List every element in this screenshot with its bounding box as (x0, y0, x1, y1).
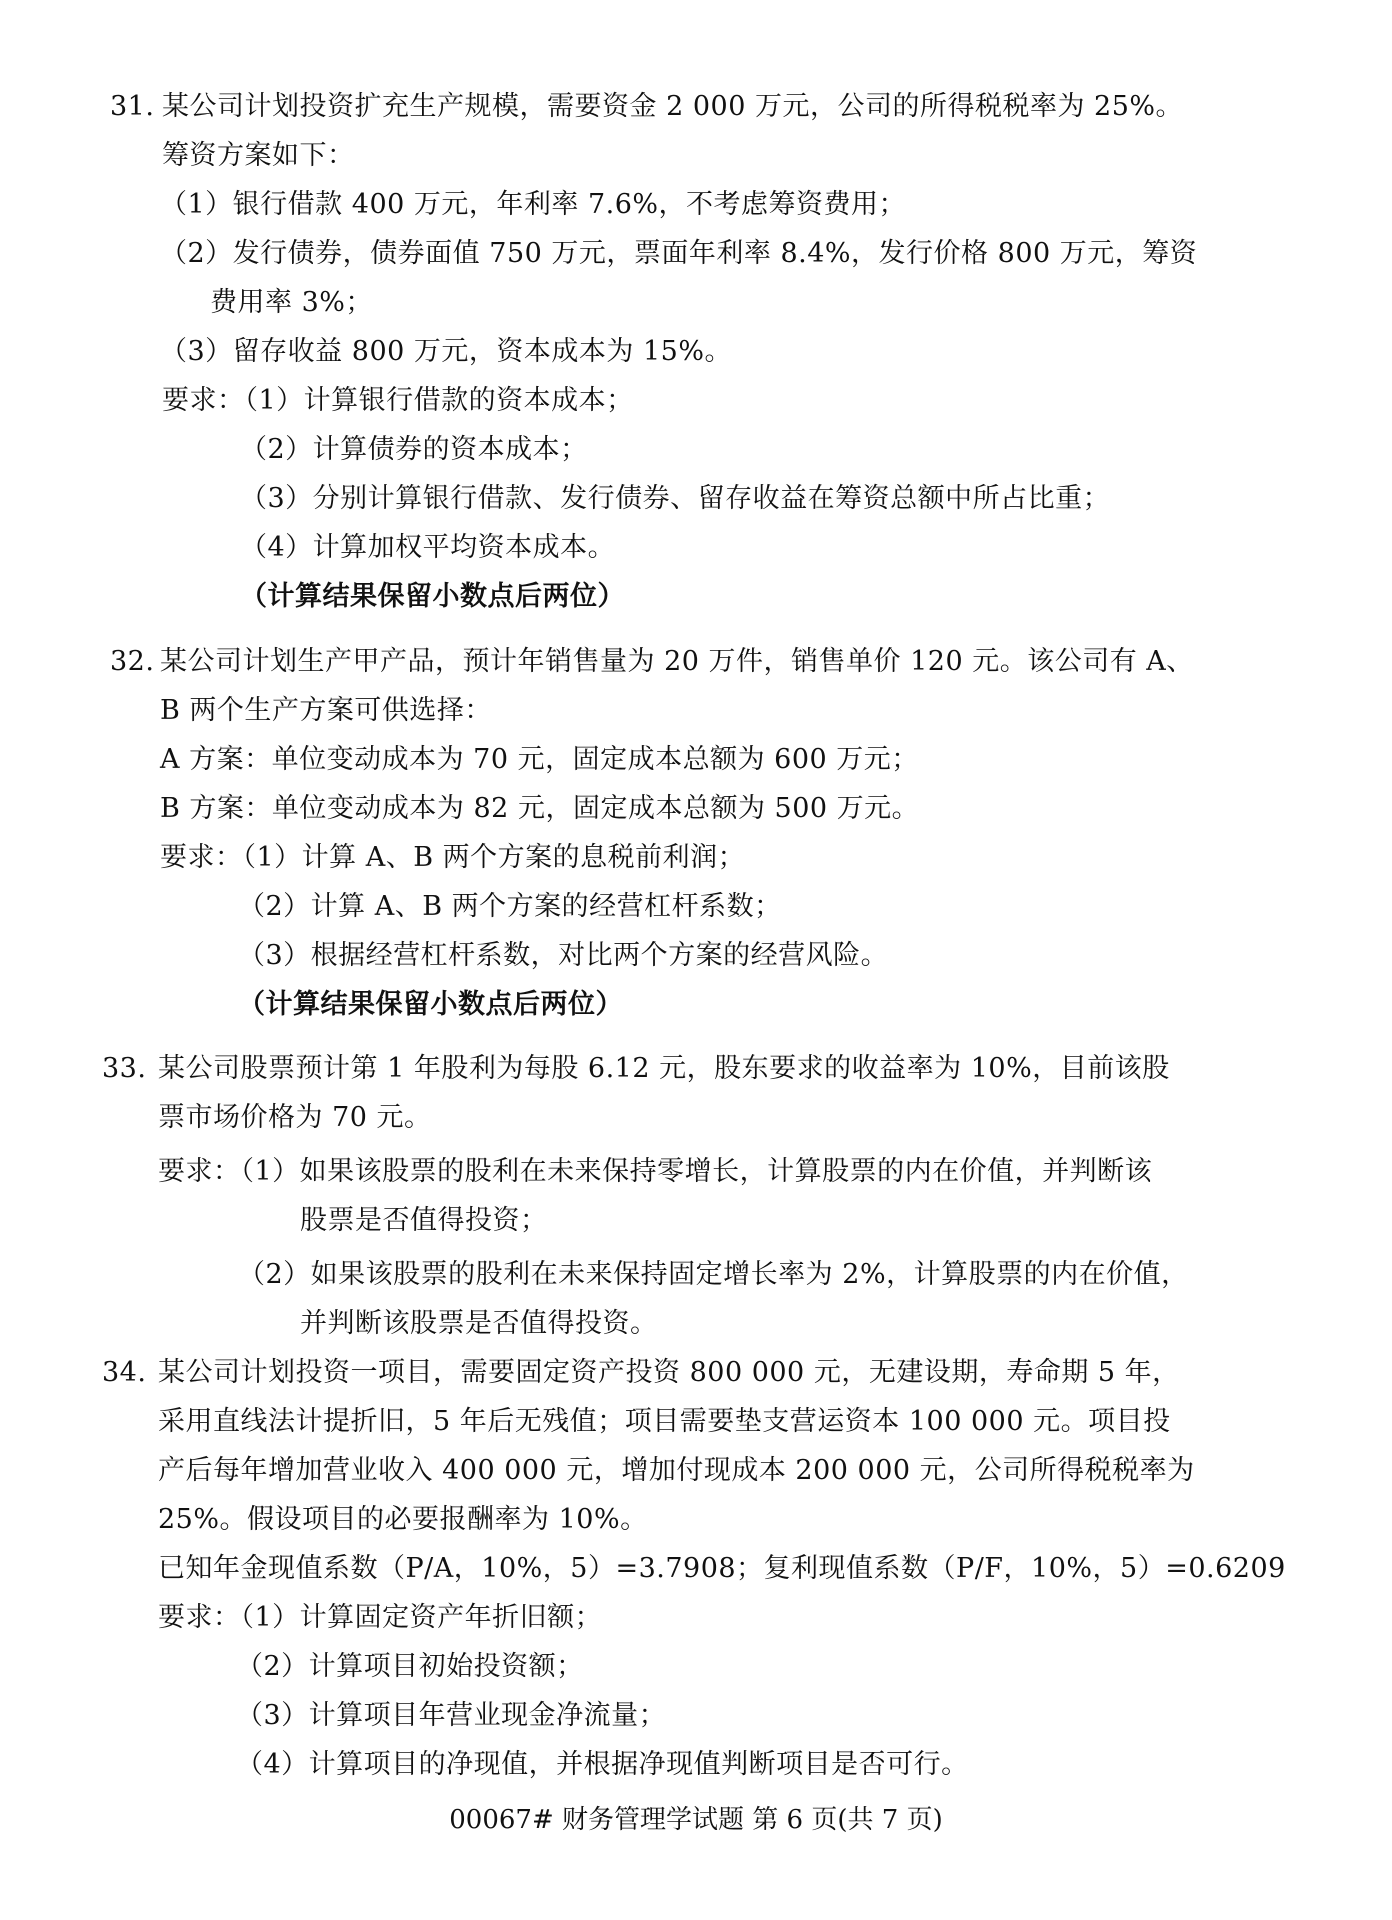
requirement: （2）如果该股票的股利在未来保持固定增长率为 2%，计算股票的内在价值， (238, 1258, 1189, 1292)
page-footer: 00067# 财务管理学试题 第 6 页(共 7 页) (0, 1803, 1392, 1837)
question-text: 采用直线法计提折旧，5 年后无残值；项目需要垫支营运资本 100 000 元。项… (158, 1405, 1171, 1439)
question-number: 33. (102, 1052, 146, 1086)
question-number: 32. (110, 645, 154, 679)
rounding-note: （计算结果保留小数点后两位） (240, 580, 625, 614)
requirement: 股票是否值得投资； (300, 1204, 548, 1238)
requirement: 并判断该股票是否值得投资。 (300, 1307, 658, 1341)
requirement: （3）分别计算银行借款、发行债券、留存收益在筹资总额中所占比重； (240, 482, 1110, 516)
requirement: 要求：（1）计算银行借款的资本成本； (162, 384, 634, 418)
requirement: （2）计算债券的资本成本； (240, 433, 588, 467)
question-text: 产后每年增加营业收入 400 000 元，增加付现成本 200 000 元，公司… (158, 1454, 1195, 1488)
requirement: （4）计算项目的净现值，并根据净现值判断项目是否可行。 (236, 1748, 969, 1782)
plan-item: B 方案：单位变动成本为 82 元，固定成本总额为 500 万元。 (160, 792, 919, 826)
question-text: 筹资方案如下： (162, 139, 355, 173)
requirement: （2）计算项目初始投资额； (236, 1650, 584, 1684)
financing-item: （2）发行债券，债券面值 750 万元，票面年利率 8.4%，发行价格 800 … (160, 237, 1197, 271)
requirement: 要求：（1）计算固定资产年折旧额； (158, 1601, 602, 1635)
rounding-note: （计算结果保留小数点后两位） (238, 988, 623, 1022)
plan-item: A 方案：单位变动成本为 70 元，固定成本总额为 600 万元； (160, 743, 919, 777)
requirement: （4）计算加权平均资本成本。 (240, 531, 615, 565)
question-text: 票市场价格为 70 元。 (158, 1101, 432, 1135)
financing-item: （1）银行借款 400 万元，年利率 7.6%，不考虑筹资费用； (160, 188, 906, 222)
question-number: 34. (102, 1356, 146, 1390)
requirement: 要求：（1）如果该股票的股利在未来保持零增长，计算股票的内在价值，并判断该 (158, 1155, 1152, 1189)
requirement: 要求：（1）计算 A、B 两个方案的息税前利润； (160, 841, 745, 875)
financing-item: （3）留存收益 800 万元，资本成本为 15%。 (160, 335, 732, 369)
requirement: （3）计算项目年营业现金净流量； (236, 1699, 666, 1733)
financing-item: 费用率 3%； (210, 286, 373, 320)
requirement: （3）根据经营杠杆系数，对比两个方案的经营风险。 (238, 939, 888, 973)
given-coefficients: 已知年金现值系数（P/A，10%，5）=3.7908；复利现值系数（P/F，10… (158, 1552, 1286, 1586)
question-text: 25%。假设项目的必要报酬率为 10%。 (158, 1503, 648, 1537)
question-text: 某公司计划投资扩充生产规模，需要资金 2 000 万元，公司的所得税税率为 25… (162, 90, 1183, 124)
requirement: （2）计算 A、B 两个方案的经营杠杆系数； (238, 890, 782, 924)
question-text: 某公司计划投资一项目，需要固定资产投资 800 000 元，无建设期，寿命期 5… (158, 1356, 1180, 1390)
question-text: B 两个生产方案可供选择： (160, 694, 492, 728)
question-number: 31. (110, 90, 154, 124)
question-text: 某公司股票预计第 1 年股利为每股 6.12 元，股东要求的收益率为 10%，目… (158, 1052, 1170, 1086)
question-text: 某公司计划生产甲产品，预计年销售量为 20 万件，销售单价 120 元。该公司有… (160, 645, 1194, 679)
exam-page: 31. 某公司计划投资扩充生产规模，需要资金 2 000 万元，公司的所得税税率… (0, 0, 1392, 1920)
